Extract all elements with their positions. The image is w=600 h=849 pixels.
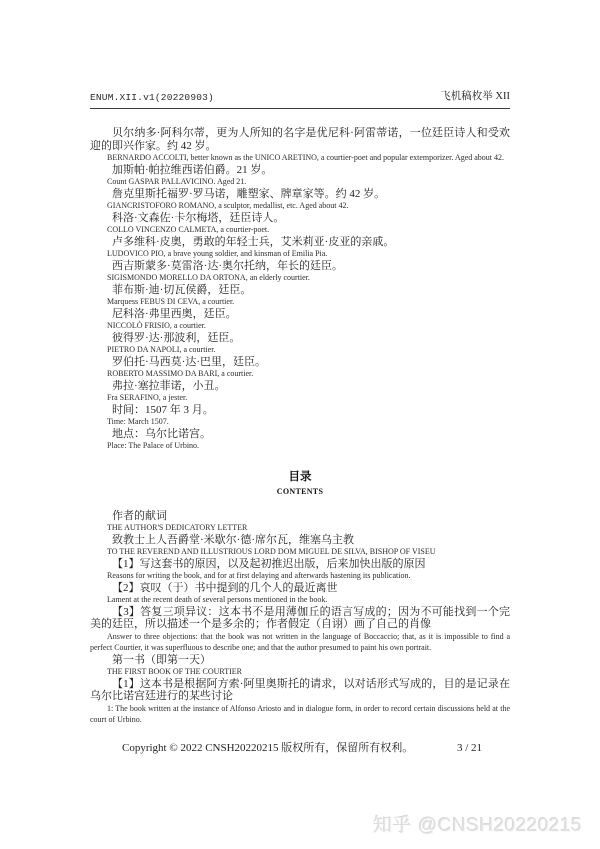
toc-item-en: 1: The book written at the instance of A… <box>90 703 510 726</box>
toc-item-cn: 【1】写这套书的原因，以及起初推迟出版，后来加快出版的原因 <box>90 558 510 571</box>
document-id: ENUM.XII.v1(20220903) <box>90 92 214 103</box>
toc-item-en: Lament at the recent death of several pe… <box>90 594 510 606</box>
cast-entry: 科洛·文森佐·卡尔梅塔，廷臣诗人。 COLLO VINCENZO CALMETA… <box>90 212 510 236</box>
cast-entry-en: NICCOLÒ FRISIO, a courtier. <box>90 320 510 332</box>
toc-item: 第一书（即第一天） THE FIRST BOOK OF THE COURTIER <box>90 654 510 678</box>
running-header: ENUM.XII.v1(20220903) 飞机稿枚举 XII <box>90 88 510 109</box>
page-footer: Copyright © 2022 CNSH20220215 版权所有，保留所有权… <box>90 739 510 755</box>
cast-entry: 尼科洛·弗里西奥，廷臣。 NICCOLÒ FRISIO, a courtier. <box>90 308 510 332</box>
cast-entry-place: 地点：乌尔比诺宫。 Place: The Palace of Urbino. <box>90 428 510 452</box>
toc-item: 【2】哀叹（于）书中提到的几个人的最近离世 Lament at the rece… <box>90 582 510 606</box>
page-number: 3 / 21 <box>457 742 482 754</box>
toc-item: 致教士上人吾爵堂·米歇尔·德·席尔瓦，维塞乌主教 TO THE REVEREND… <box>90 534 510 558</box>
document-page: { "header": { "left": "ENUM.XII.v1(20220… <box>0 0 600 849</box>
cast-entry-en: COLLO VINCENZO CALMETA, a courtier-poet. <box>90 224 510 236</box>
contents-title-en: CONTENTS <box>90 487 510 496</box>
contents-title-cn: 目录 <box>90 468 510 484</box>
toc-item-en: THE FIRST BOOK OF THE COURTIER <box>90 666 510 678</box>
cast-entry-en: Marquess FEBUS DI CEVA, a courtier. <box>90 296 510 308</box>
cast-entry-cn: 卢多维科·皮奥，勇敢的年轻士兵，艾米莉亚·皮亚的亲戚。 <box>90 236 510 249</box>
cast-entry-time: 时间：1507 年 3 月。 Time: March 1507. <box>90 404 510 428</box>
toc-item: 【1】这本书是根据阿方索·阿里奥斯托的请求，以对话形式写成的，目的是记录在乌尔比… <box>90 678 510 726</box>
cast-entry: 弗拉·塞拉菲诺，小丑。 Fra SERAFINO, a jester. <box>90 380 510 404</box>
toc-item: 【3】答复三项异议：这本书不是用薄伽丘的语言写成的；因为不可能找到一个完美的廷臣… <box>90 606 510 654</box>
cast-entry-cn: 地点：乌尔比诺宫。 <box>90 428 510 441</box>
cast-entry-cn: 罗伯托·马西莫·达·巴里，廷臣。 <box>90 356 510 369</box>
cast-entry: 罗伯托·马西莫·达·巴里，廷臣。 ROBERTO MASSIMO DA BARI… <box>90 356 510 380</box>
toc-item-cn: 【1】这本书是根据阿方索·阿里奥斯托的请求，以对话形式写成的，目的是记录在乌尔比… <box>90 678 510 703</box>
toc-item-en: Answer to three objections: that the boo… <box>90 631 510 654</box>
cast-entry-cn: 贝尔纳多·阿科尔蒂，更为人所知的名字是优尼科·阿雷蒂诺，一位廷臣诗人和受欢迎的即… <box>90 127 510 152</box>
cast-entry-cn: 彼得罗·达·那波利，廷臣。 <box>90 332 510 345</box>
toc-item-en: Reasons for writing the book, and for at… <box>90 570 510 582</box>
toc-item-cn: 致教士上人吾爵堂·米歇尔·德·席尔瓦，维塞乌主教 <box>90 534 510 547</box>
cast-list: 贝尔纳多·阿科尔蒂，更为人所知的名字是优尼科·阿雷蒂诺，一位廷臣诗人和受欢迎的即… <box>90 127 510 452</box>
table-of-contents: 作者的献词 THE AUTHOR'S DEDICATORY LETTER 致教士… <box>90 510 510 726</box>
zhihu-watermark: 知乎 @CNSH20220215 <box>373 810 582 837</box>
cast-entry: 詹克里斯托福罗·罗马诺，雕塑家、牌章家等。约 42 岁。 GIANCRISTOF… <box>90 188 510 212</box>
cast-entry-cn: 时间：1507 年 3 月。 <box>90 404 510 417</box>
cast-entry-en: PIETRO DA NAPOLI, a courtier. <box>90 344 510 356</box>
cast-entry: 加斯帕·帕拉维西诺伯爵。21 岁。 Count GASPAR PALLAVICI… <box>90 164 510 188</box>
document-title: 飞机稿枚举 XII <box>440 88 510 103</box>
cast-entry-en: Time: March 1507. <box>90 416 510 428</box>
cast-entry-en: Fra SERAFINO, a jester. <box>90 392 510 404</box>
cast-entry-en: BERNARDO ACCOLTI, better known as the UN… <box>90 152 510 164</box>
toc-item-cn: 【2】哀叹（于）书中提到的几个人的最近离世 <box>90 582 510 595</box>
cast-entry-en: Place: The Palace of Urbino. <box>90 440 510 452</box>
cast-entry-en: ROBERTO MASSIMO DA BARI, a courtier. <box>90 368 510 380</box>
copyright-notice: Copyright © 2022 CNSH20220215 版权所有，保留所有权… <box>122 739 413 755</box>
toc-item: 【1】写这套书的原因，以及起初推迟出版，后来加快出版的原因 Reasons fo… <box>90 558 510 582</box>
cast-entry: 菲布斯·迪·切瓦侯爵，廷臣。 Marquess FEBUS DI CEVA, a… <box>90 284 510 308</box>
toc-item-en: THE AUTHOR'S DEDICATORY LETTER <box>90 522 510 534</box>
cast-entry-en: LUDOVICO PIO, a brave young soldier, and… <box>90 248 510 260</box>
cast-entry-cn: 科洛·文森佐·卡尔梅塔，廷臣诗人。 <box>90 212 510 225</box>
page-content: ENUM.XII.v1(20220903) 飞机稿枚举 XII 贝尔纳多·阿科尔… <box>90 88 510 726</box>
cast-entry: 卢多维科·皮奥，勇敢的年轻士兵，艾米莉亚·皮亚的亲戚。 LUDOVICO PIO… <box>90 236 510 260</box>
toc-item-en: TO THE REVEREND AND ILLUSTRIOUS LORD DOM… <box>90 546 510 558</box>
cast-entry-cn: 弗拉·塞拉菲诺，小丑。 <box>90 380 510 393</box>
cast-entry-en: Count GASPAR PALLAVICINO. Aged 21. <box>90 176 510 188</box>
cast-entry-en: GIANCRISTOFORO ROMANO, a sculptor, medal… <box>90 200 510 212</box>
toc-item-cn: 【3】答复三项异议：这本书不是用薄伽丘的语言写成的；因为不可能找到一个完美的廷臣… <box>90 606 510 631</box>
cast-entry: 彼得罗·达·那波利，廷臣。 PIETRO DA NAPOLI, a courti… <box>90 332 510 356</box>
toc-item-cn: 作者的献词 <box>90 510 510 523</box>
cast-entry-cn: 菲布斯·迪·切瓦侯爵，廷臣。 <box>90 284 510 297</box>
cast-entry-cn: 尼科洛·弗里西奥，廷臣。 <box>90 308 510 321</box>
cast-entry-en: SIGISMONDO MORELLO DA ORTONA, an elderly… <box>90 272 510 284</box>
cast-entry-cn: 詹克里斯托福罗·罗马诺，雕塑家、牌章家等。约 42 岁。 <box>90 188 510 201</box>
toc-item: 作者的献词 THE AUTHOR'S DEDICATORY LETTER <box>90 510 510 534</box>
cast-entry-cn: 西吉斯蒙多·莫雷洛·达·奥尔托纳，年长的廷臣。 <box>90 260 510 273</box>
toc-item-cn: 第一书（即第一天） <box>90 654 510 667</box>
cast-entry: 西吉斯蒙多·莫雷洛·达·奥尔托纳，年长的廷臣。 SIGISMONDO MOREL… <box>90 260 510 284</box>
cast-entry-cn: 加斯帕·帕拉维西诺伯爵。21 岁。 <box>90 164 510 177</box>
cast-entry: 贝尔纳多·阿科尔蒂，更为人所知的名字是优尼科·阿雷蒂诺，一位廷臣诗人和受欢迎的即… <box>90 127 510 164</box>
